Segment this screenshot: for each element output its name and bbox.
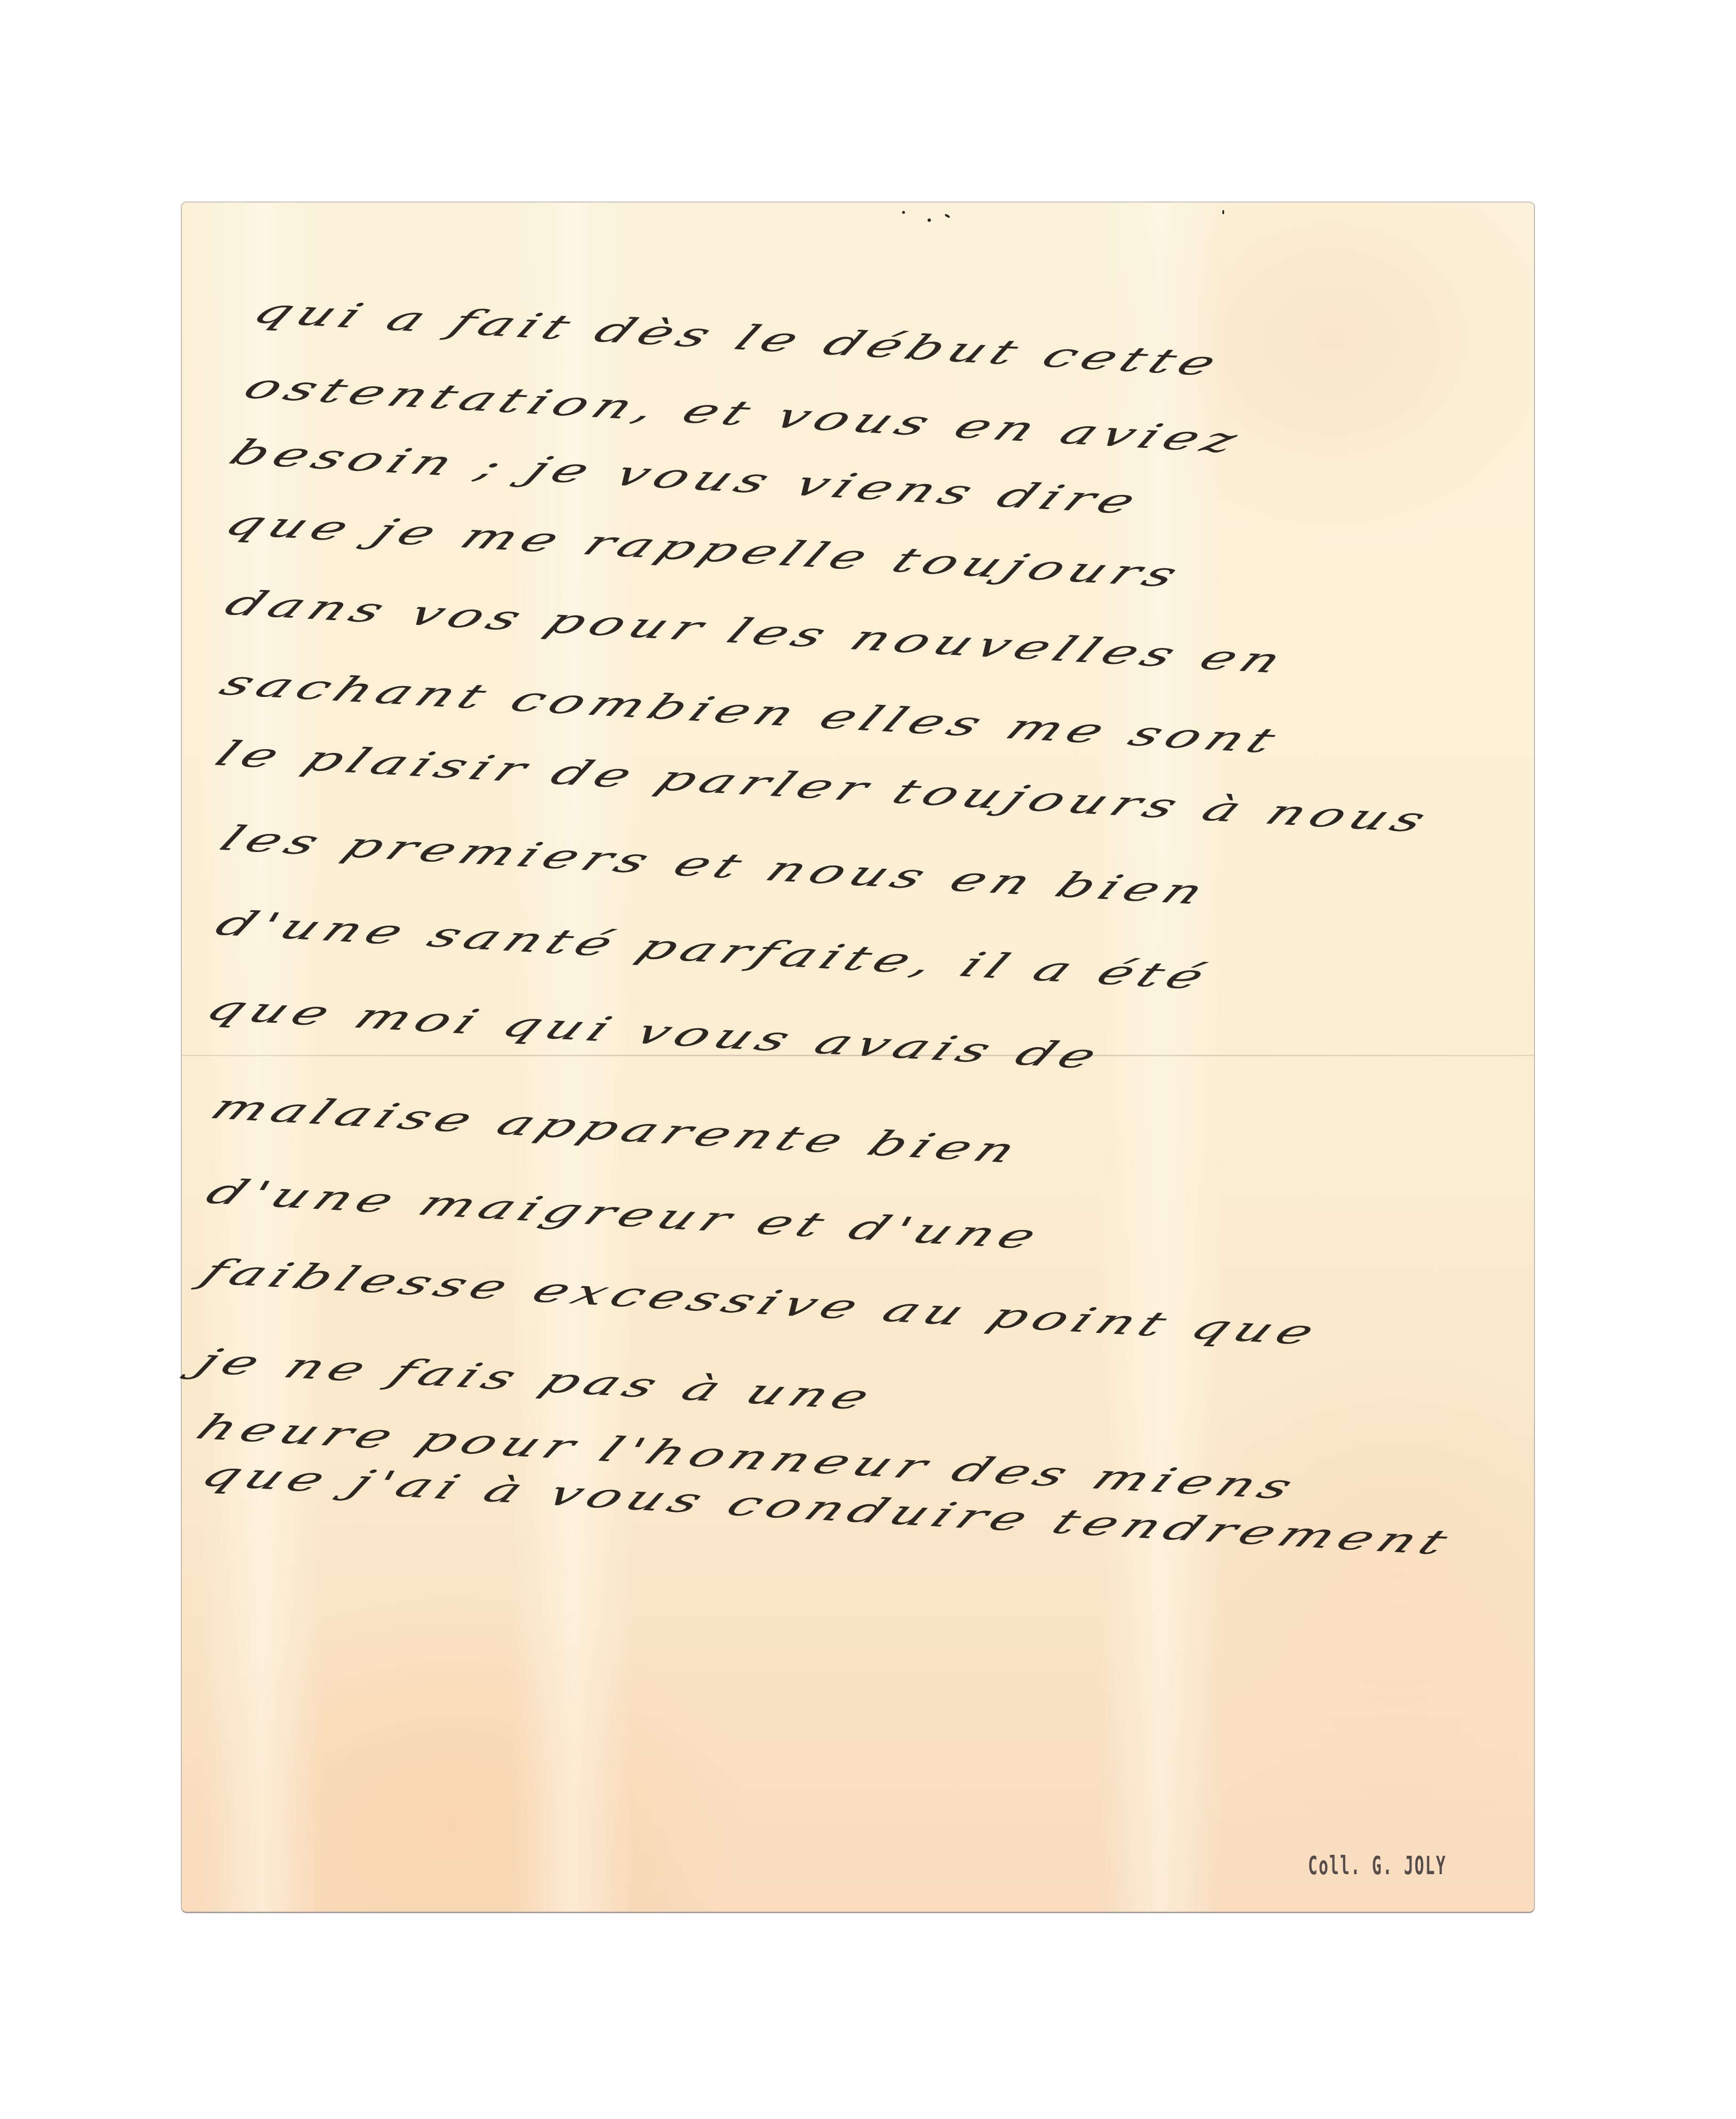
ink-speck [1222,210,1224,214]
letter-line: les premiers et nous en bien [214,821,1218,910]
ink-speck [928,218,931,222]
ink-speck [945,213,951,218]
ink-speck [902,211,905,214]
letter-line: d'une santé parfaite, il a été [210,906,1219,995]
letter-line: que je me rappelle toujours [219,506,1191,592]
letter-page: qui a fait dès le début cette ostentatio… [182,202,1534,1912]
collection-stamp: Coll. G. JOLY [1308,1851,1446,1880]
letter-line: que moi qui vous avais de [200,991,1111,1074]
letter-line: qui a fait dès le début cette [247,294,1230,381]
